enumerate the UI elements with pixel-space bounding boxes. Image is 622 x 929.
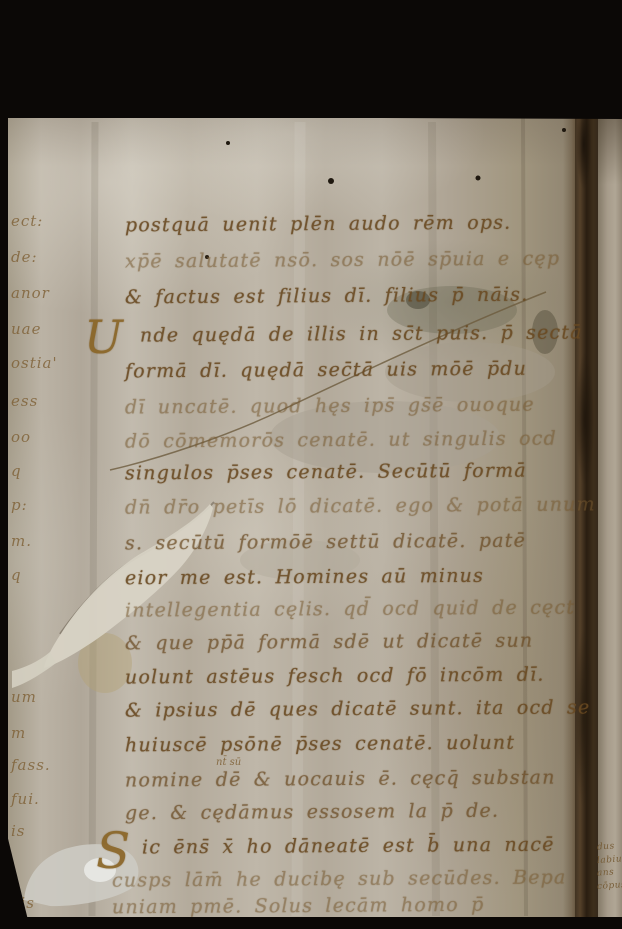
text-line: dō cōmemorōs cenatē. ut singulis ocd: [125, 427, 557, 452]
left-edge-fragment: fass.: [11, 756, 51, 774]
bottom-black-border: [0, 917, 622, 929]
left-edge-fragment: m.: [11, 532, 32, 550]
text-line: & que pp̄ā formā sdē ut dicatē sun: [125, 630, 533, 655]
text-line: dn̄ dr̄o petīs lō dicatē. ego & potā unu…: [125, 493, 596, 518]
text-line: huiuscē psōnē p̄ses cenatē. uolunt: [125, 732, 515, 757]
text-line: & factus est filius dī. filius p̄ nāis.: [125, 284, 529, 309]
text-line: cusps lām̄ he ducibę sub secūdes. Bepa: [112, 866, 567, 891]
left-edge-fragment: um: [11, 688, 37, 706]
binding-gutter: [563, 112, 601, 920]
text-line: intellegentia cęlis. qd̄ ocd quid de cęc…: [125, 596, 575, 621]
text-line: dī uncatē. quod hęs ips̄ gs̄ē ouoque: [125, 394, 535, 419]
left-edge-fragment: fui.: [11, 790, 40, 808]
top-black-border: [0, 0, 622, 119]
text-line: nde quędā de illis in sc̄t puis. p̄ sect…: [140, 321, 583, 346]
left-edge-fragment: p:: [11, 496, 28, 514]
text-line: singulos p̄ses cenatē. Secūtū formā: [125, 460, 527, 485]
left-black-border: [0, 0, 8, 929]
left-edge-fragment: m: [11, 724, 26, 742]
facing-page-edge: [598, 112, 622, 919]
text-line: xp̄ē salutatē nsō. sos nōē sp̄uia e cęp: [125, 247, 560, 272]
manuscript-photo: ect: de: anor uae ostia' ess oo q p: m. …: [0, 0, 622, 929]
initial-capital-u: U: [84, 310, 123, 364]
text-line: uniam pmē. Solus lecām homo p̄: [112, 894, 485, 919]
text-line: ic ēns̄ x̄ ho dāneatē est b̄ una nacē: [142, 834, 555, 859]
left-edge-fragment: ess: [11, 392, 38, 410]
left-edge-fragment: anor: [11, 284, 50, 302]
margin-note-line: dus: [597, 841, 615, 852]
margin-note-line: labiug: [597, 854, 622, 866]
text-line: postquā uenit plēn audo rēm ops.: [125, 212, 512, 237]
text-line: s. secūtū formōē settū dicatē. patē: [125, 530, 526, 555]
left-edge-fragment: ostia': [11, 354, 58, 372]
interlinear-gloss: nt̄ sū: [216, 757, 241, 768]
text-line: ge. & cędāmus essosem la p̄ de.: [125, 800, 499, 825]
left-edge-fragment: uae: [11, 320, 41, 338]
left-edge-fragment: oo: [11, 428, 31, 446]
left-edge-fragment: is: [11, 822, 26, 840]
margin-note-line: ans: [597, 867, 615, 878]
margin-note-line: cōpus: [597, 880, 622, 892]
text-line: uolunt astēus fesch ocd fō incōm dī.: [125, 664, 545, 689]
left-edge-fragment: ect:: [11, 212, 43, 230]
left-edge-fragment: q: [11, 566, 22, 584]
left-edge-fragment: de:: [11, 248, 38, 266]
text-line: eior me est. Homines aū minus: [125, 565, 484, 590]
left-edge-fragment: q: [11, 462, 22, 480]
text-line: & ipsius dē ques dicatē sunt. ita ocd se: [125, 696, 591, 721]
text-line: nomine dē & uocauis ē. cęcq̄ substan: [125, 766, 556, 791]
text-line: formā dī. quędā sec̄tā uis mōē p̄du: [125, 358, 527, 383]
